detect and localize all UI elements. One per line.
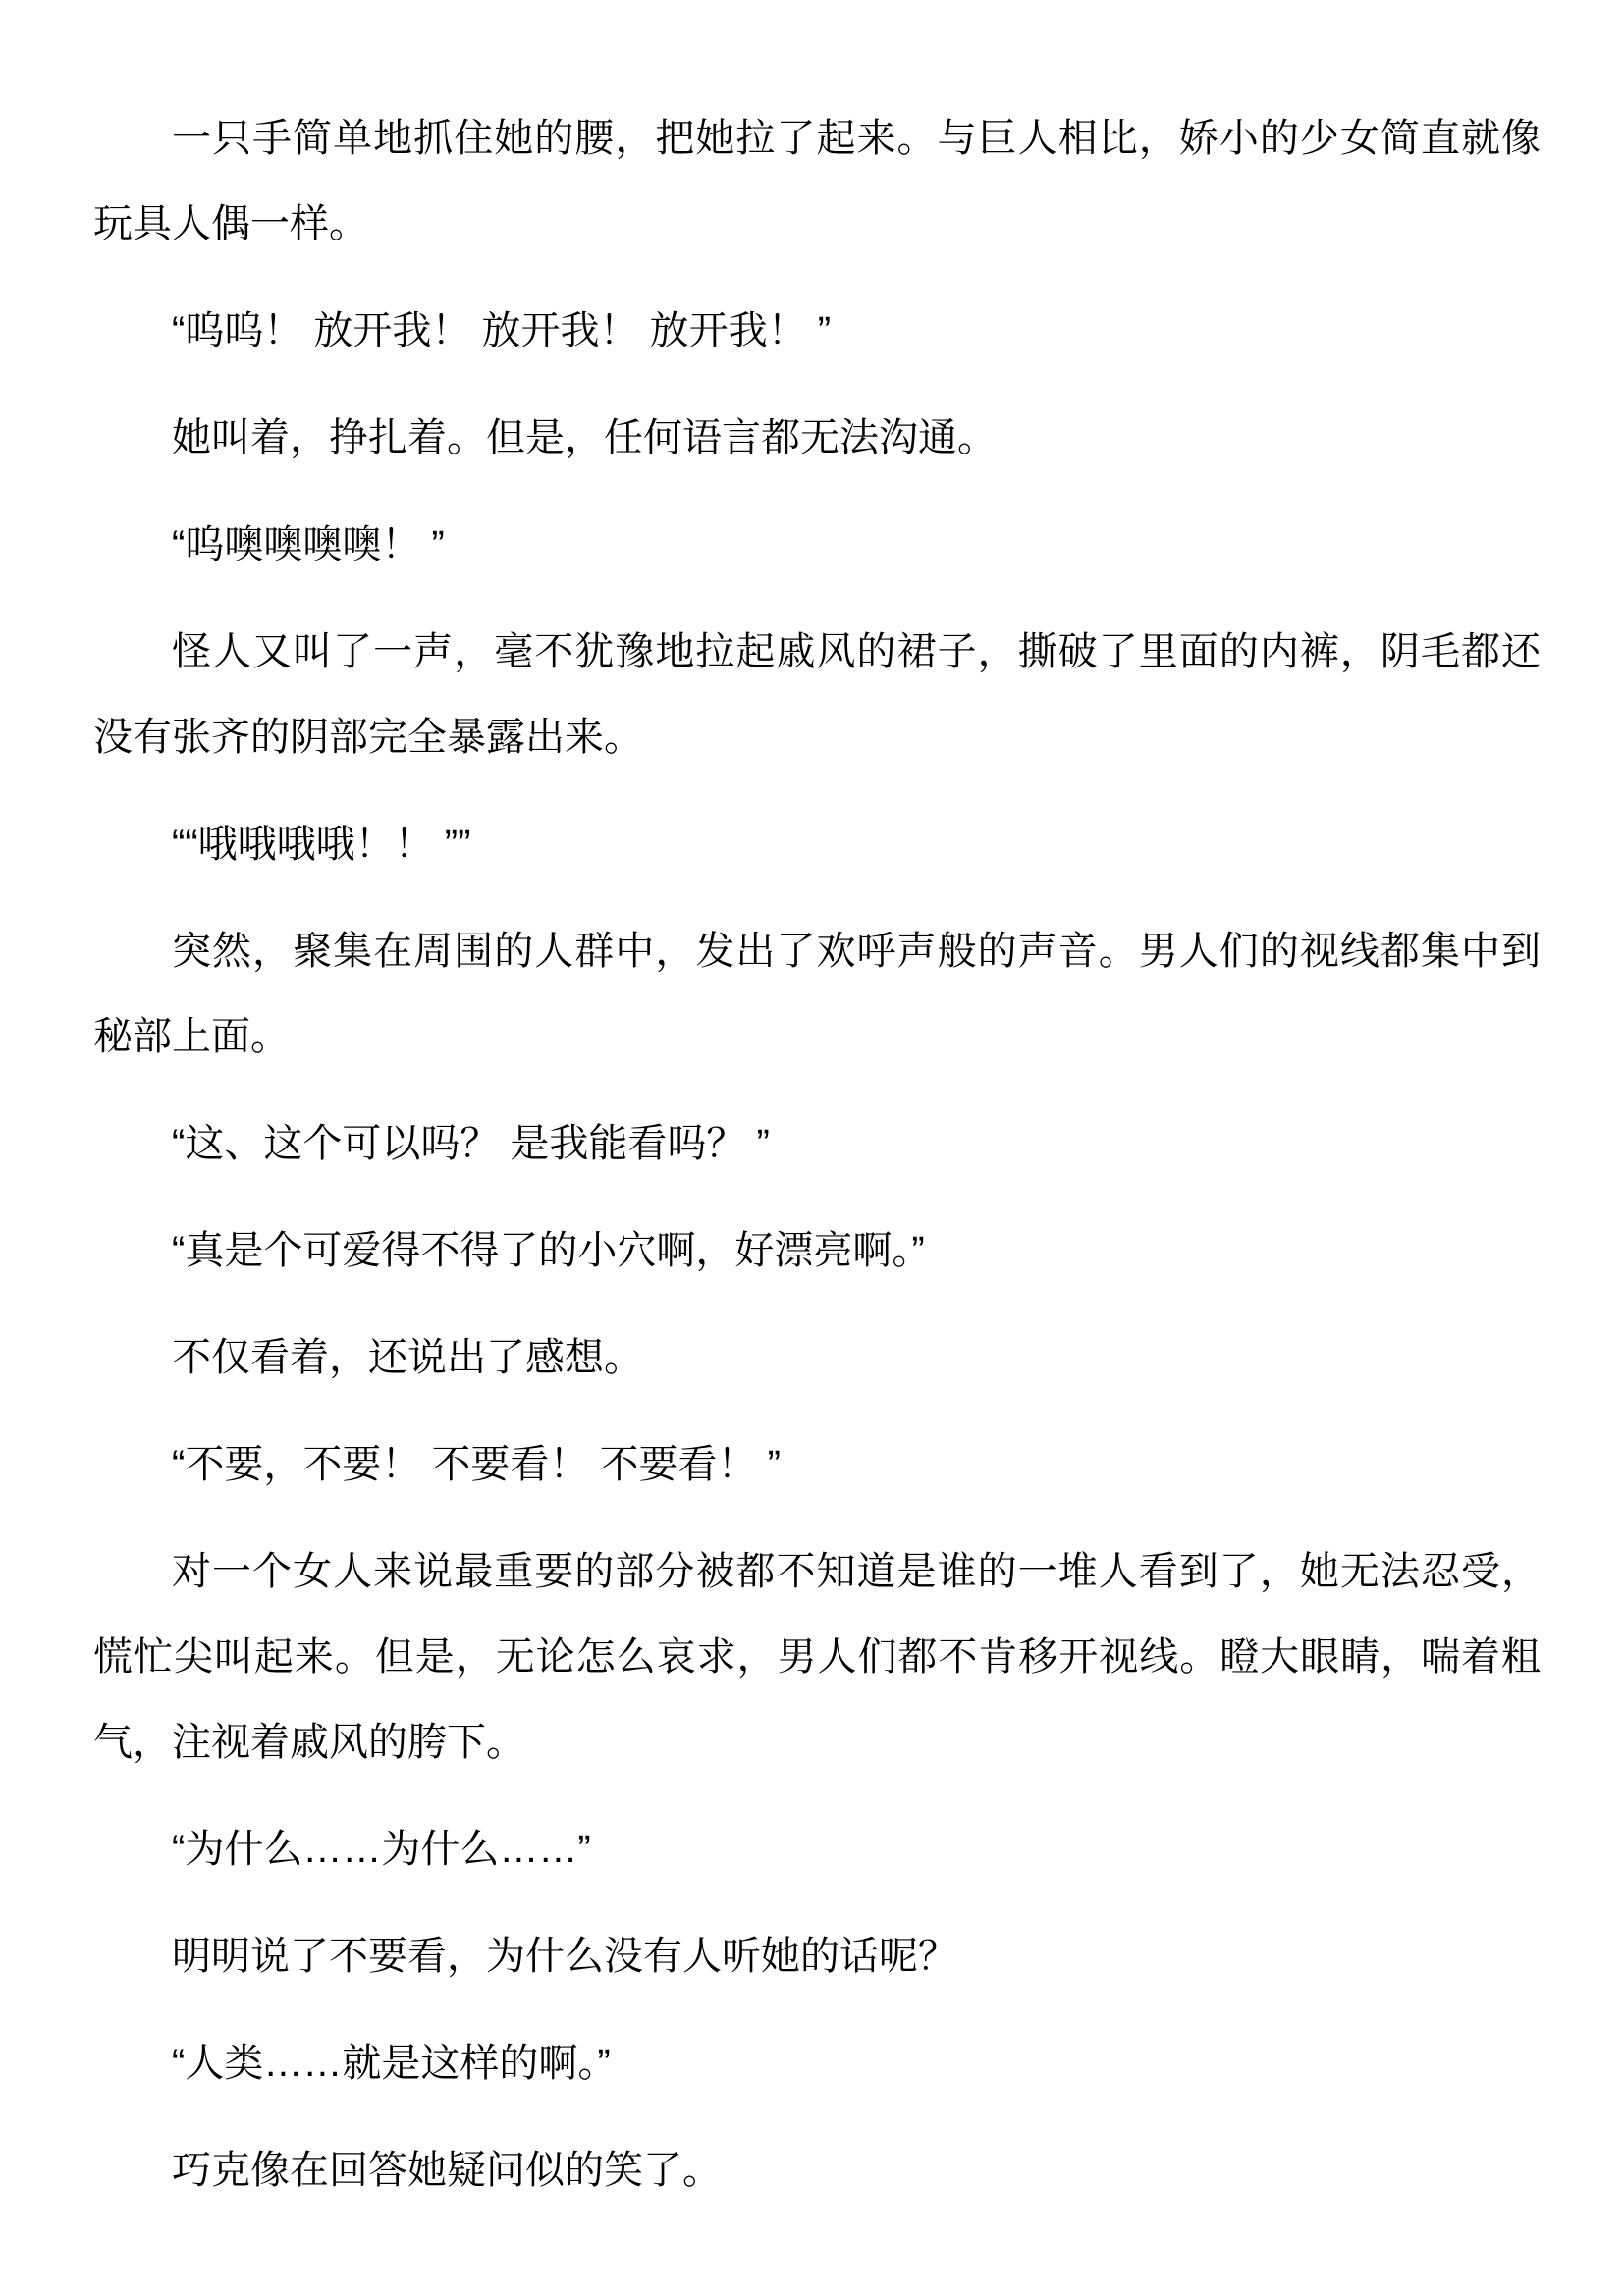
document-page: 一只手简单地抓住她的腰，把她拉了起来。与巨人相比，娇小的少女简直就像玩具人偶一样… — [0, 0, 1624, 2296]
paragraph-dialogue: ““哦哦哦哦！！ ”” — [93, 802, 1541, 887]
paragraph-dialogue: “呜噢噢噢噢！ ” — [93, 503, 1541, 588]
paragraph-narrative: 明明说了不要看，为什么没有人听她的话呢？ — [93, 1914, 1541, 2000]
paragraph-dialogue: “不要，不要！ 不要看！ 不要看！ ” — [93, 1422, 1541, 1508]
paragraph-narrative: 一只手简单地抓住她的腰，把她拉了起来。与巨人相比，娇小的少女简直就像玩具人偶一样… — [93, 96, 1541, 267]
paragraph-dialogue: “这、这个可以吗？ 是我能看吗？ ” — [93, 1101, 1541, 1187]
paragraph-dialogue: “呜呜！ 放开我！ 放开我！ 放开我！ ” — [93, 289, 1541, 374]
paragraph-narrative: 对一个女人来说最重要的部分被都不知道是谁的一堆人看到了，她无法忍受，慌忙尖叫起来… — [93, 1529, 1541, 1786]
paragraph-dialogue: “为什么……为什么……” — [93, 1807, 1541, 1893]
paragraph-narrative: 怪人又叫了一声，毫不犹豫地拉起戚风的裙子，撕破了里面的内裤，阴毛都还没有张齐的阴… — [93, 610, 1541, 780]
paragraph-dialogue: “真是个可爱得不得了的小穴啊，好漂亮啊。” — [93, 1208, 1541, 1294]
paragraph-narrative: 她叫着，挣扎着。但是，任何语言都无法沟通。 — [93, 396, 1541, 481]
paragraph-narrative: 不仅看着，还说出了感想。 — [93, 1315, 1541, 1401]
paragraph-narrative: 巧克像在回答她疑问似的笑了。 — [93, 2128, 1541, 2214]
paragraph-narrative: 突然，聚集在周围的人群中，发出了欢呼声般的声音。男人们的视线都集中到秘部上面。 — [93, 909, 1541, 1080]
paragraph-dialogue: “人类……就是这样的啊。” — [93, 2021, 1541, 2107]
